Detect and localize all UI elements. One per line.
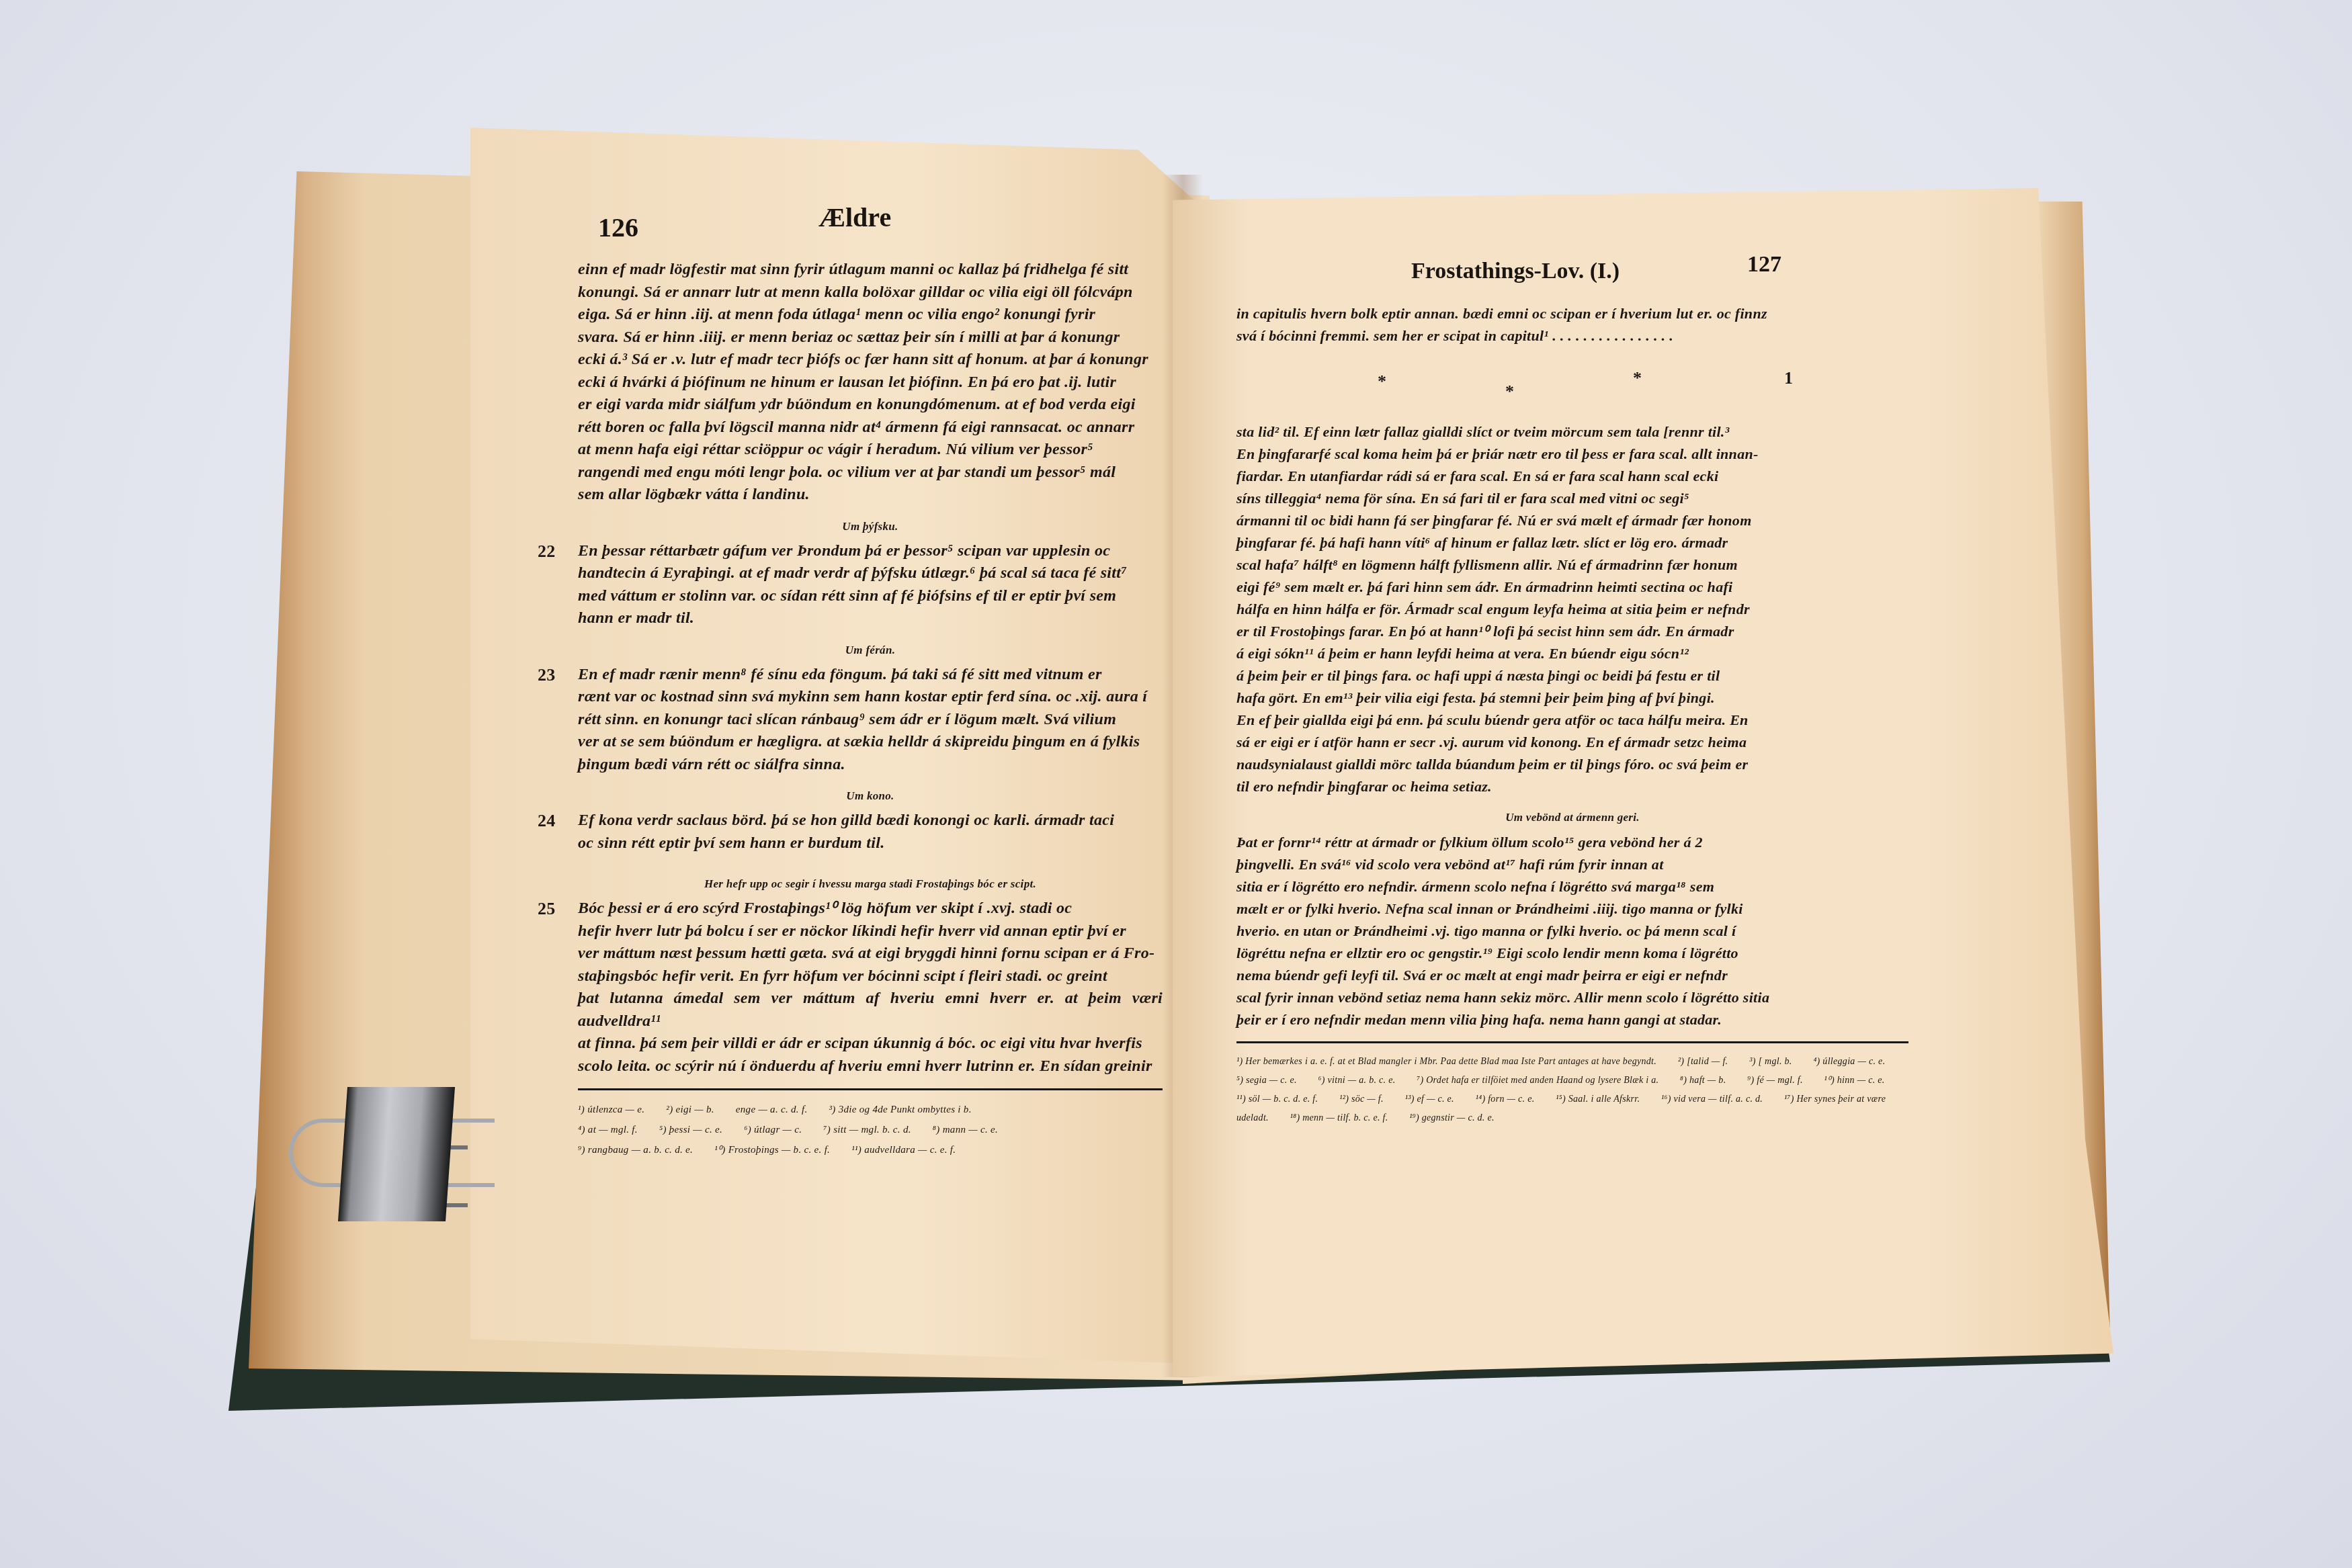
footnote: ¹²) söc — f.	[1339, 1094, 1384, 1104]
footnote: ¹) útlenzca — e.	[578, 1104, 644, 1115]
footnote: ¹⁴) forn — c. e.	[1476, 1094, 1535, 1104]
footnote: ¹⁵) Saal. i alle Afskrr.	[1556, 1094, 1640, 1104]
text-line: er eigi varda midr siálfum ydr búöndum e…	[578, 394, 1163, 417]
text-line: En þessar réttarbætr gáfum ver Þrondum þ…	[578, 540, 1163, 563]
text-line: svara. Sá er hinn .iiij. er menn beriaz …	[578, 326, 1163, 349]
text-line: handtecin á Eyraþingi. at ef madr verdr …	[578, 562, 1163, 585]
left-opening-text: einn ef madr lögfestir mat sinn fyrir út…	[578, 259, 1163, 507]
right-page-body: in capitulis hvern bolk eptir annan. bæd…	[1236, 302, 1908, 1128]
text-line: rangendi med engu móti lengr þola. oc vi…	[578, 462, 1163, 484]
footnote: ²) [talid — f.	[1678, 1057, 1728, 1067]
footnote: ⁷) sitt — mgl. b. c. d.	[823, 1125, 911, 1135]
paragraph-25: 25 Bóc þessi er á ero scýrd Frostaþings¹…	[578, 898, 1163, 1078]
clip-body	[338, 1087, 455, 1221]
right-page-number: 127	[1747, 252, 1781, 277]
text-line: En þingfararfé scal koma heim þá er þriá…	[1236, 443, 1908, 465]
footnote: ⁶) útlagr — c.	[744, 1125, 802, 1135]
text-line: sitia er í lögrétto ero nefndir. ármenn …	[1236, 875, 1908, 898]
text-line: Þat er fornr¹⁴ réttr at ármadr or fylkiu…	[1236, 831, 1908, 853]
text-line: þingum bædi várn rétt oc siálfra sinna.	[578, 754, 1163, 777]
footnote: ³) [ mgl. b.	[1749, 1057, 1792, 1067]
text-line: lögréttu nefna er ellztir ero oc gengsti…	[1236, 942, 1908, 964]
paragraph-23: 23 En ef madr rænir menn⁸ fé sínu eda fö…	[578, 664, 1163, 777]
asterisk-icon: *	[1378, 370, 1386, 392]
text-line: naudsynialaust gialldi mörc tallda búand…	[1236, 753, 1908, 775]
footnote: ⁸) haft — b.	[1680, 1076, 1726, 1086]
footnote: ³) 3die og 4de Punkt ombyttes i b.	[829, 1104, 972, 1115]
text-line: eigi fé⁹ sem mælt er. þá fari hinn sem á…	[1236, 576, 1908, 598]
text-line: scal hafa⁷ hálft⁸ en lögmenn hálft fylli…	[1236, 554, 1908, 576]
text-line: eiga. Sá er hinn .iij. at menn foda útla…	[578, 304, 1163, 326]
text-line: fiardar. En utanfiardar rádi sá er fara …	[1236, 465, 1908, 487]
footnote: ⁴) at — mgl. f.	[578, 1125, 638, 1135]
left-page-body: einn ef madr lögfestir mat sinn fyrir út…	[578, 259, 1163, 1160]
photo-scene: 126 Ældre einn ef madr lögfestir mat sin…	[0, 0, 2352, 1568]
paragraph-number: 25	[538, 898, 556, 920]
text-line: til ero nefndir þingfarar oc heima setia…	[1236, 775, 1908, 797]
text-line: svá í bócinni fremmi. sem her er scipat …	[1236, 324, 1908, 347]
section-heading: Um férán.	[578, 637, 1163, 664]
section-heading: Her hefr upp oc segir í hvessu marga sta…	[578, 871, 1163, 898]
footnote: ⁶) vitni — a. b. c. e.	[1318, 1076, 1396, 1086]
binder-clip-icon	[276, 1082, 417, 1243]
section-heading: Um þýfsku.	[578, 513, 1163, 540]
text-line: á þeim þeir er til þings fara. oc hafi u…	[1236, 664, 1908, 687]
footnote-rule	[1236, 1041, 1908, 1043]
footnote: ¹) Her bemærkes i a. e. f. at et Blad ma…	[1236, 1057, 1656, 1067]
text-line: hann er madr til.	[578, 607, 1163, 630]
section-heading: Um kono.	[578, 783, 1163, 810]
text-line: En ef þeir giallda eigi þá enn. þá sculu…	[1236, 709, 1908, 731]
text-line: hálfa en hinn hálfa er för. Ármadr scal …	[1236, 598, 1908, 620]
footnote: ⁹) rangbaug — a. b. c. d. e.	[578, 1145, 693, 1156]
right-page: Frostathings-Lov. (I.) 127 in capitulis …	[1173, 188, 2113, 1377]
text-line: er til Frostoþings farar. En þó at hann¹…	[1236, 620, 1908, 642]
footnote: ¹⁰) Frostoþings — b. c. e. f.	[714, 1145, 830, 1156]
text-line: sem allar lögbækr vátta í landinu.	[578, 484, 1163, 507]
text-line: nema búendr gefi leyfi til. Svá er oc mæ…	[1236, 964, 1908, 986]
footnote: ¹⁹) gegnstir — c. d. e.	[1409, 1113, 1494, 1123]
text-line: at finna. þá sem þeir villdi er ádr er s…	[578, 1033, 1163, 1055]
paragraph-vebond: Þat er fornr¹⁴ réttr at ármadr or fylkiu…	[1236, 831, 1908, 1031]
footnote: ¹⁶) vid vera — tilf. a. c. d.	[1661, 1094, 1763, 1104]
footnote-rule	[578, 1088, 1163, 1090]
lacuna-marker: * * * 1	[1236, 347, 1908, 421]
text-line: rænt var oc kostnad sinn svá mykinn sem …	[578, 686, 1163, 709]
text-line: Bóc þessi er á ero scýrd Frostaþings¹⁰ l…	[578, 898, 1163, 920]
footnote: ¹¹) audvelldara — c. e. f.	[851, 1145, 956, 1156]
text-line: scolo leita. oc scýrir nú í önduerdu af …	[578, 1055, 1163, 1078]
left-page: 126 Ældre einn ef madr lögfestir mat sin…	[470, 128, 1196, 1364]
text-line: síns tilleggia⁴ nema för sína. En sá far…	[1236, 487, 1908, 509]
text-line: einn ef madr lögfestir mat sinn fyrir út…	[578, 259, 1163, 281]
paragraph-22: 22 En þessar réttarbætr gáfum ver Þrondu…	[578, 540, 1163, 630]
text-line: hefir hverr lutr þá bolcu í ser er nöcko…	[578, 920, 1163, 943]
text-line: En ef madr rænir menn⁸ fé sínu eda föngu…	[578, 664, 1163, 687]
text-line: med váttum er stolinn var. oc sídan rétt…	[578, 585, 1163, 608]
text-line: ecki á hvárki á þiófinum ne hinum er lau…	[578, 372, 1163, 394]
text-line: sá er eigi er í atför hann er secr .vj. …	[1236, 731, 1908, 753]
text-line: þeir er í ero nefndir medan menn vilia þ…	[1236, 1008, 1908, 1031]
footnote: ¹³) ef — c. e.	[1405, 1094, 1454, 1104]
footnote: ⁷) Ordet hafa er tilföiet med anden Haan…	[1417, 1076, 1658, 1086]
margin-number: 1	[1784, 367, 1793, 389]
footnote: ⁹) fé — mgl. f.	[1747, 1076, 1802, 1086]
text-line: sta lid² til. Ef einn lætr fallaz gialld…	[1236, 421, 1908, 443]
text-line: rétt sinn. en konungr taci slícan ránbau…	[578, 709, 1163, 732]
footnote: ¹¹) söl — b. c. d. e. f.	[1236, 1094, 1318, 1104]
footnote: ¹⁸) menn — tilf. b. c. e. f.	[1290, 1113, 1388, 1123]
text-line: Ef kona verdr saclaus börd. þá se hon gi…	[578, 810, 1163, 832]
left-running-head: Ældre	[818, 202, 891, 233]
footnote: ²) eigi — b.	[666, 1104, 714, 1115]
text-line: scal fyrir innan vebönd setiaz nema hann…	[1236, 986, 1908, 1008]
text-line: mælt er or fylki hverio. Nefna scal inna…	[1236, 898, 1908, 920]
paragraph-number: 23	[538, 664, 556, 687]
text-line: þingfarar fé. þá hafi hann víti⁶ af hinu…	[1236, 531, 1908, 554]
text-line: hafa gört. En em¹³ þeir vilia eigi festa…	[1236, 687, 1908, 709]
right-footnotes: ¹) Her bemærkes i a. e. f. at et Blad ma…	[1236, 1053, 1908, 1128]
footnote: ⁵) segia — c. e.	[1236, 1076, 1297, 1086]
footnote: enge — a. c. d. f.	[736, 1104, 808, 1115]
text-line: staþingsbóc hefir verit. En fyrr höfum v…	[578, 965, 1163, 988]
text-line: oc sinn rétt eptir því sem hann er burdu…	[578, 832, 1163, 855]
text-line: ármanni til oc bidi hann fá ser þingfara…	[1236, 509, 1908, 531]
text-line: ecki á.³ Sá er .v. lutr ef madr tecr þió…	[578, 349, 1163, 372]
text-line: á eigi sókn¹¹ á þeim er hann leyfdi heim…	[1236, 642, 1908, 664]
section-heading: Um vebönd at ármenn geri.	[1236, 804, 1908, 831]
left-page-number: 126	[598, 212, 638, 243]
text-line: hverio. en utan or Þrándheimi .vj. tigo …	[1236, 920, 1908, 942]
left-footnotes: ¹) útlenzca — e. ²) eigi — b. enge — a. …	[578, 1100, 1163, 1160]
text-line: in capitulis hvern bolk eptir annan. bæd…	[1236, 302, 1908, 324]
asterisk-icon: *	[1633, 367, 1642, 389]
text-line: þat lutanna ámedal sem ver máttum af hve…	[578, 988, 1163, 1033]
text-line: ver at se sem búöndum er hægligra. at sæ…	[578, 731, 1163, 754]
text-line: ver máttum næst þessum hætti gæta. svá a…	[578, 943, 1163, 965]
text-line: at menn hafa eigi réttar sciöppur oc vág…	[578, 439, 1163, 462]
paragraph-number: 24	[538, 810, 556, 832]
asterisk-icon: *	[1505, 380, 1514, 402]
text-line: þingvelli. En svá¹⁶ vid scolo vera vebön…	[1236, 853, 1908, 875]
footnote: ⁸) mann — c. e.	[933, 1125, 998, 1135]
paragraph-24: 24 Ef kona verdr saclaus börd. þá se hon…	[578, 810, 1163, 855]
footnote: ⁵) þessi — c. e.	[659, 1125, 722, 1135]
right-running-head: Frostathings-Lov. (I.)	[1411, 259, 1620, 284]
footnote: ⁴) úlleggia — c. e.	[1813, 1057, 1885, 1067]
text-line: rétt boren oc falla því lögscil manna ni…	[578, 417, 1163, 439]
text-line: konungi. Sá er annarr lutr at menn kalla…	[578, 281, 1163, 304]
paragraph-number: 22	[538, 540, 556, 563]
footnote: ¹⁰) hinn — c. e.	[1824, 1076, 1885, 1086]
